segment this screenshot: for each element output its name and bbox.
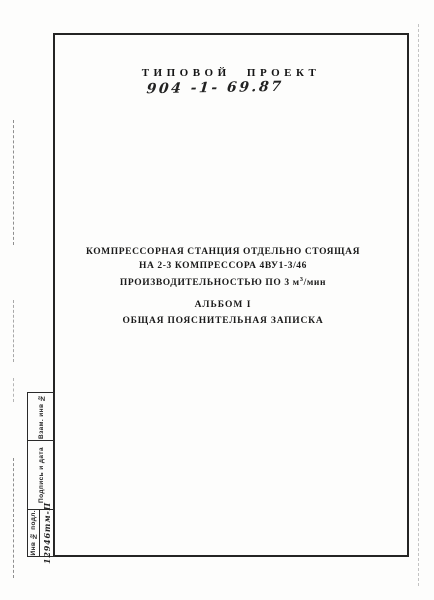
stamp-cell-vzam-inv: Взам. инв № xyxy=(27,392,55,441)
inv-podl-label-cell: Инв № подл. xyxy=(28,510,40,556)
facility-title-line3: ПРОИЗВОДИТЕЛЬНОСТЬЮ ПО 3 м3/мин xyxy=(53,273,393,291)
vzam-inv-label: Взам. инв № xyxy=(38,394,45,439)
fold-mark xyxy=(13,378,14,402)
fold-mark xyxy=(13,300,14,362)
podpis-data-label: Подпись и дата xyxy=(38,447,45,503)
facility-title-line1: КОМПРЕССОРНАЯ СТАНЦИЯ ОТДЕЛЬНО СТОЯЩАЯ xyxy=(53,246,393,260)
page-edge-line xyxy=(418,24,419,586)
stamp-column: Взам. инв № Подпись и дата Инв № подл. 1… xyxy=(27,392,55,557)
album-label: АЛЬБОМ I xyxy=(53,299,393,312)
inv-number-handwritten: 12946тм-П xyxy=(42,502,52,564)
document-subtitle: ОБЩАЯ ПОЯСНИТЕЛЬНАЯ ЗАПИСКА xyxy=(53,314,393,328)
inv-podl-label: Инв № подл. xyxy=(30,510,37,555)
title-block: КОМПРЕССОРНАЯ СТАНЦИЯ ОТДЕЛЬНО СТОЯЩАЯ Н… xyxy=(53,246,393,328)
facility-title-line2: НА 2-3 КОМПРЕССОРА 4ВУ1-3/46 xyxy=(53,260,393,274)
fold-mark xyxy=(13,458,14,578)
per-minute-text: /мин xyxy=(304,278,326,288)
inv-number-cell: 12946тм-П xyxy=(40,510,54,556)
fold-mark xyxy=(13,120,14,245)
stamp-cell-podpis-data: Подпись и дата xyxy=(27,440,55,510)
capacity-text: ПРОИЗВОДИТЕЛЬНОСТЬЮ ПО 3 м xyxy=(120,278,300,288)
stamp-cell-inv-podl: Инв № подл. 12946тм-П xyxy=(27,509,55,557)
